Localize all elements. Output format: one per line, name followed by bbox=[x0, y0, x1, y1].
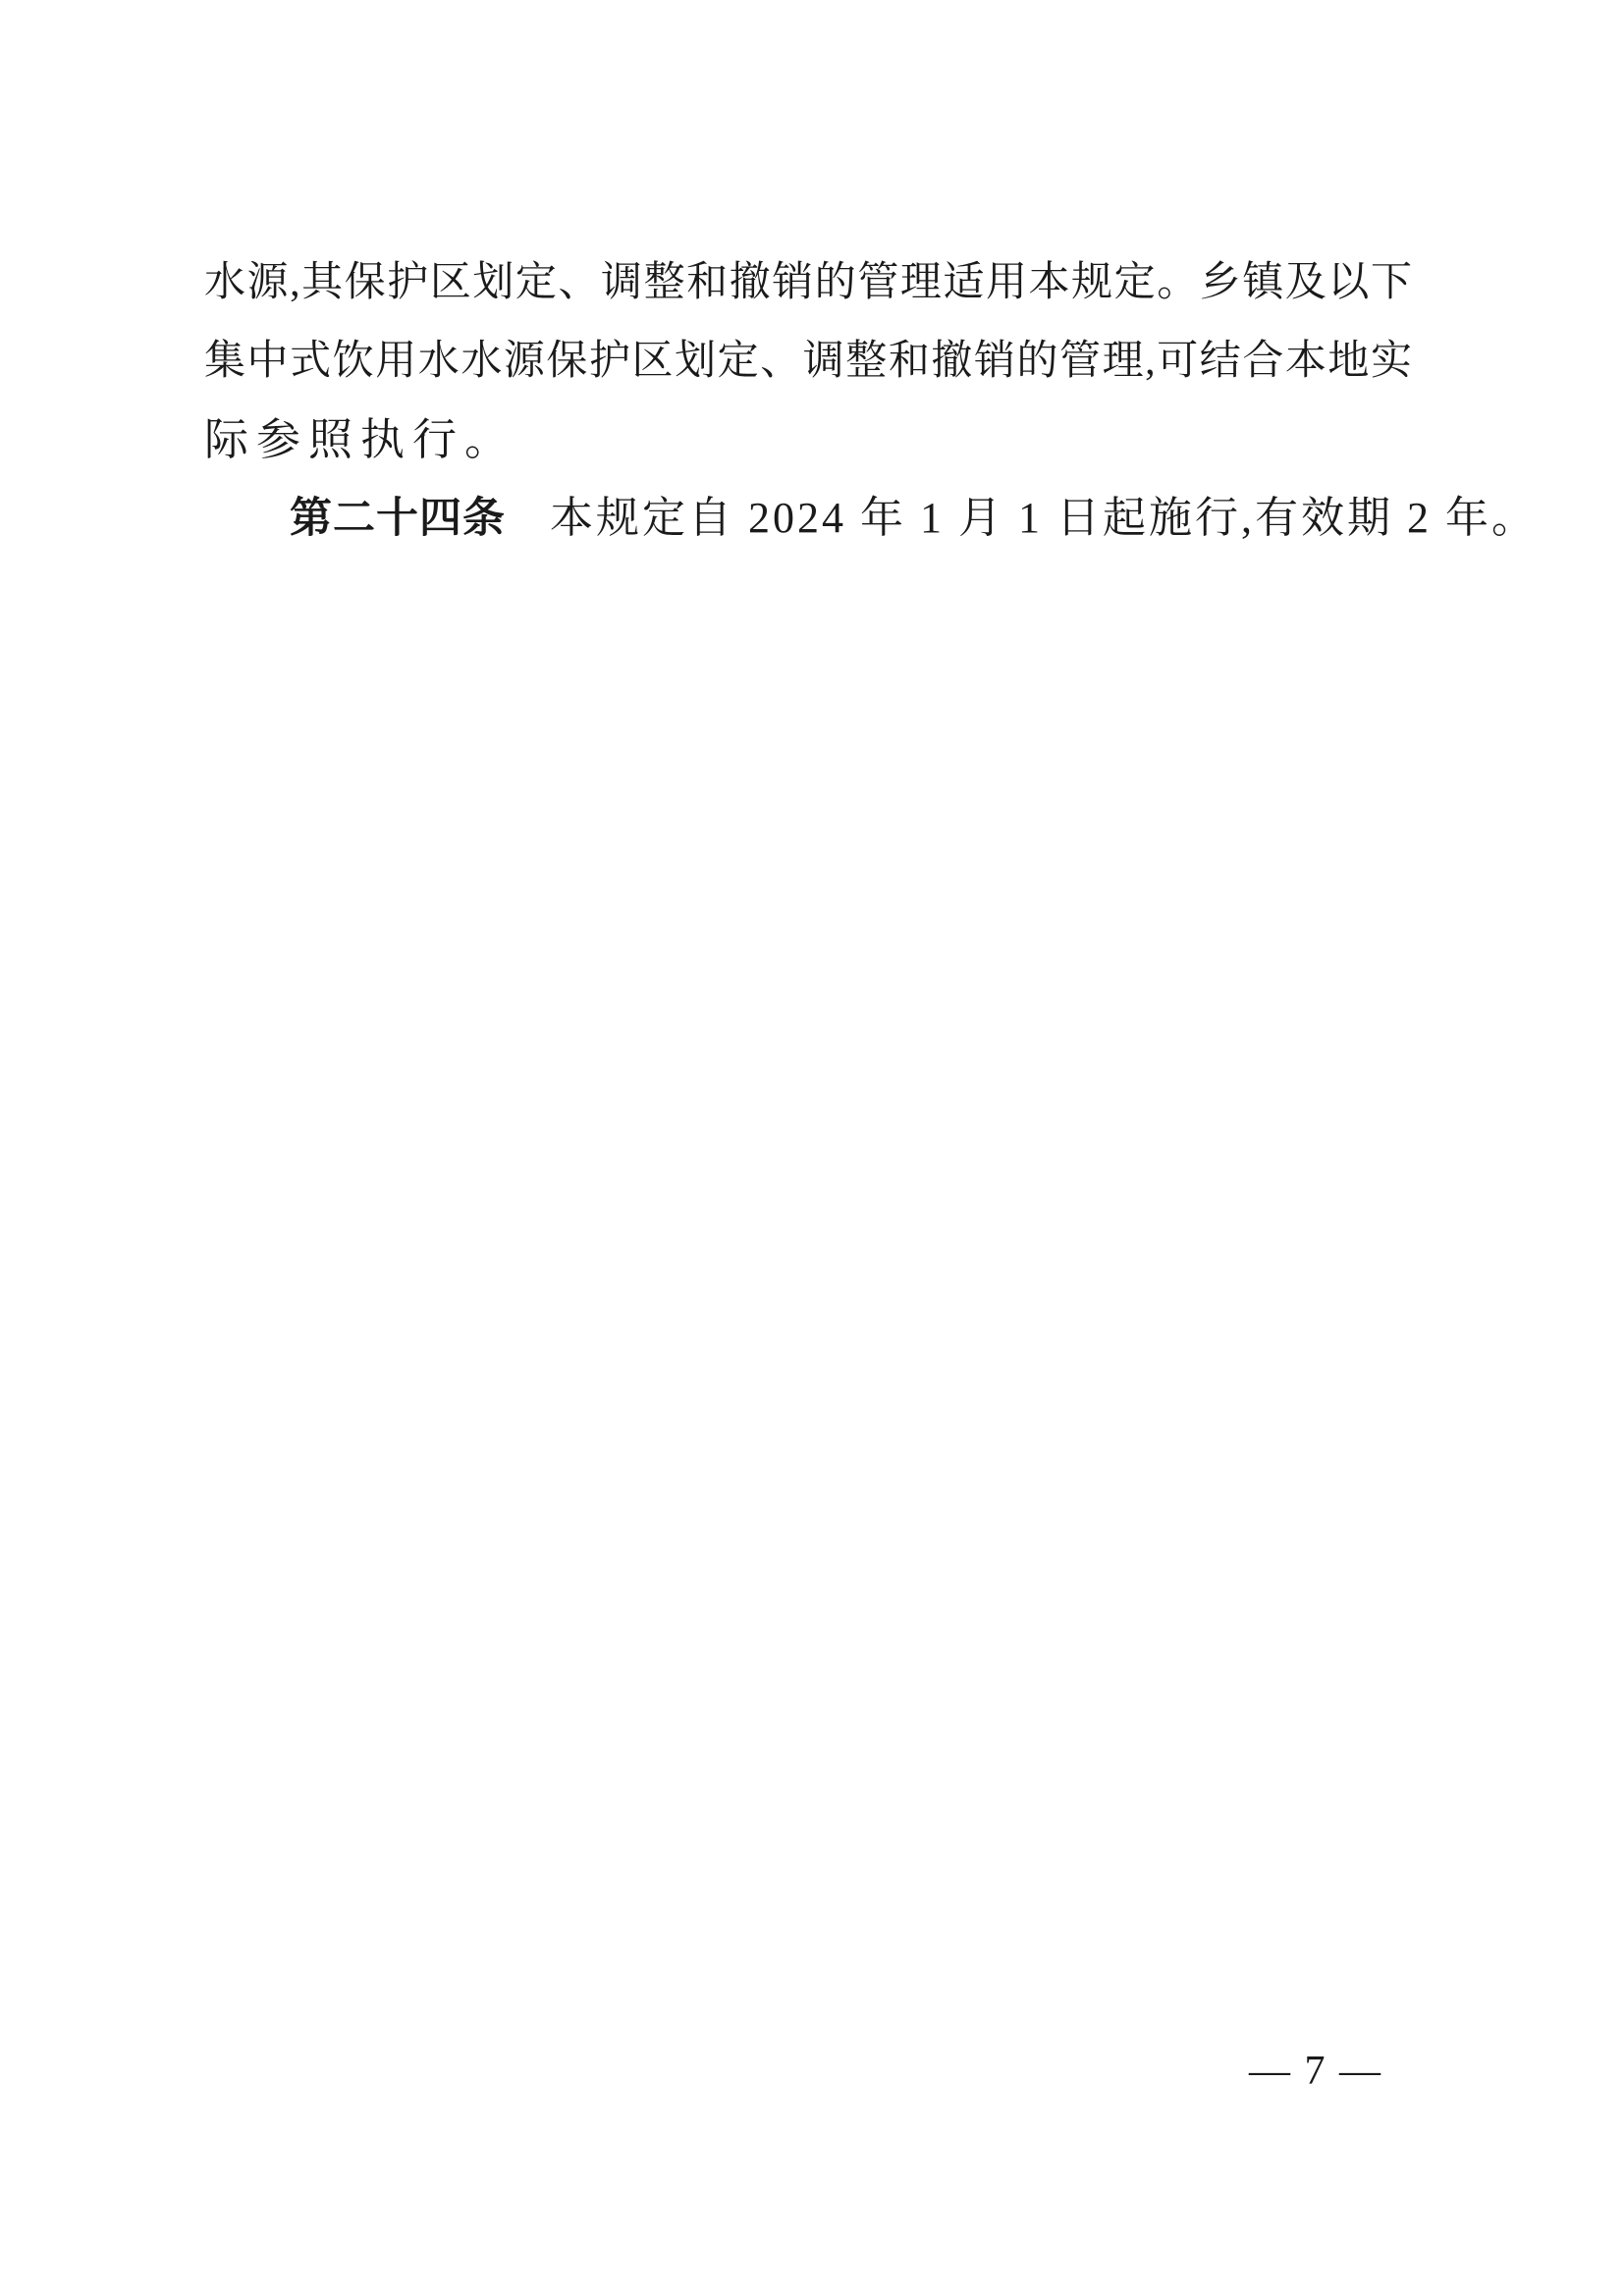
page-number: — 7 — bbox=[1119, 2048, 1512, 2095]
article-24-paragraph: 第二十四条本规定自 2024 年 1 月 1 日起施行,有效期 2 年。 bbox=[204, 479, 1412, 558]
paragraph-1-line-3: 际参照执行。 bbox=[204, 400, 1412, 479]
article-body-text: 本规定自 2024 年 1 月 1 日起施行,有效期 2 年。 bbox=[550, 494, 1538, 542]
document-body: 水源,其保护区划定、调整和撤销的管理适用本规定。乡镇及以下 集中式饮用水水源保护… bbox=[204, 243, 1412, 558]
document-page: 水源,其保护区划定、调整和撤销的管理适用本规定。乡镇及以下 集中式饮用水水源保护… bbox=[0, 0, 1624, 2296]
paragraph-1-line-1: 水源,其保护区划定、调整和撤销的管理适用本规定。乡镇及以下 bbox=[204, 243, 1412, 322]
article-number-heading: 第二十四条 bbox=[290, 495, 506, 542]
paragraph-1-line-2: 集中式饮用水水源保护区划定、调整和撤销的管理,可结合本地实 bbox=[204, 322, 1412, 400]
